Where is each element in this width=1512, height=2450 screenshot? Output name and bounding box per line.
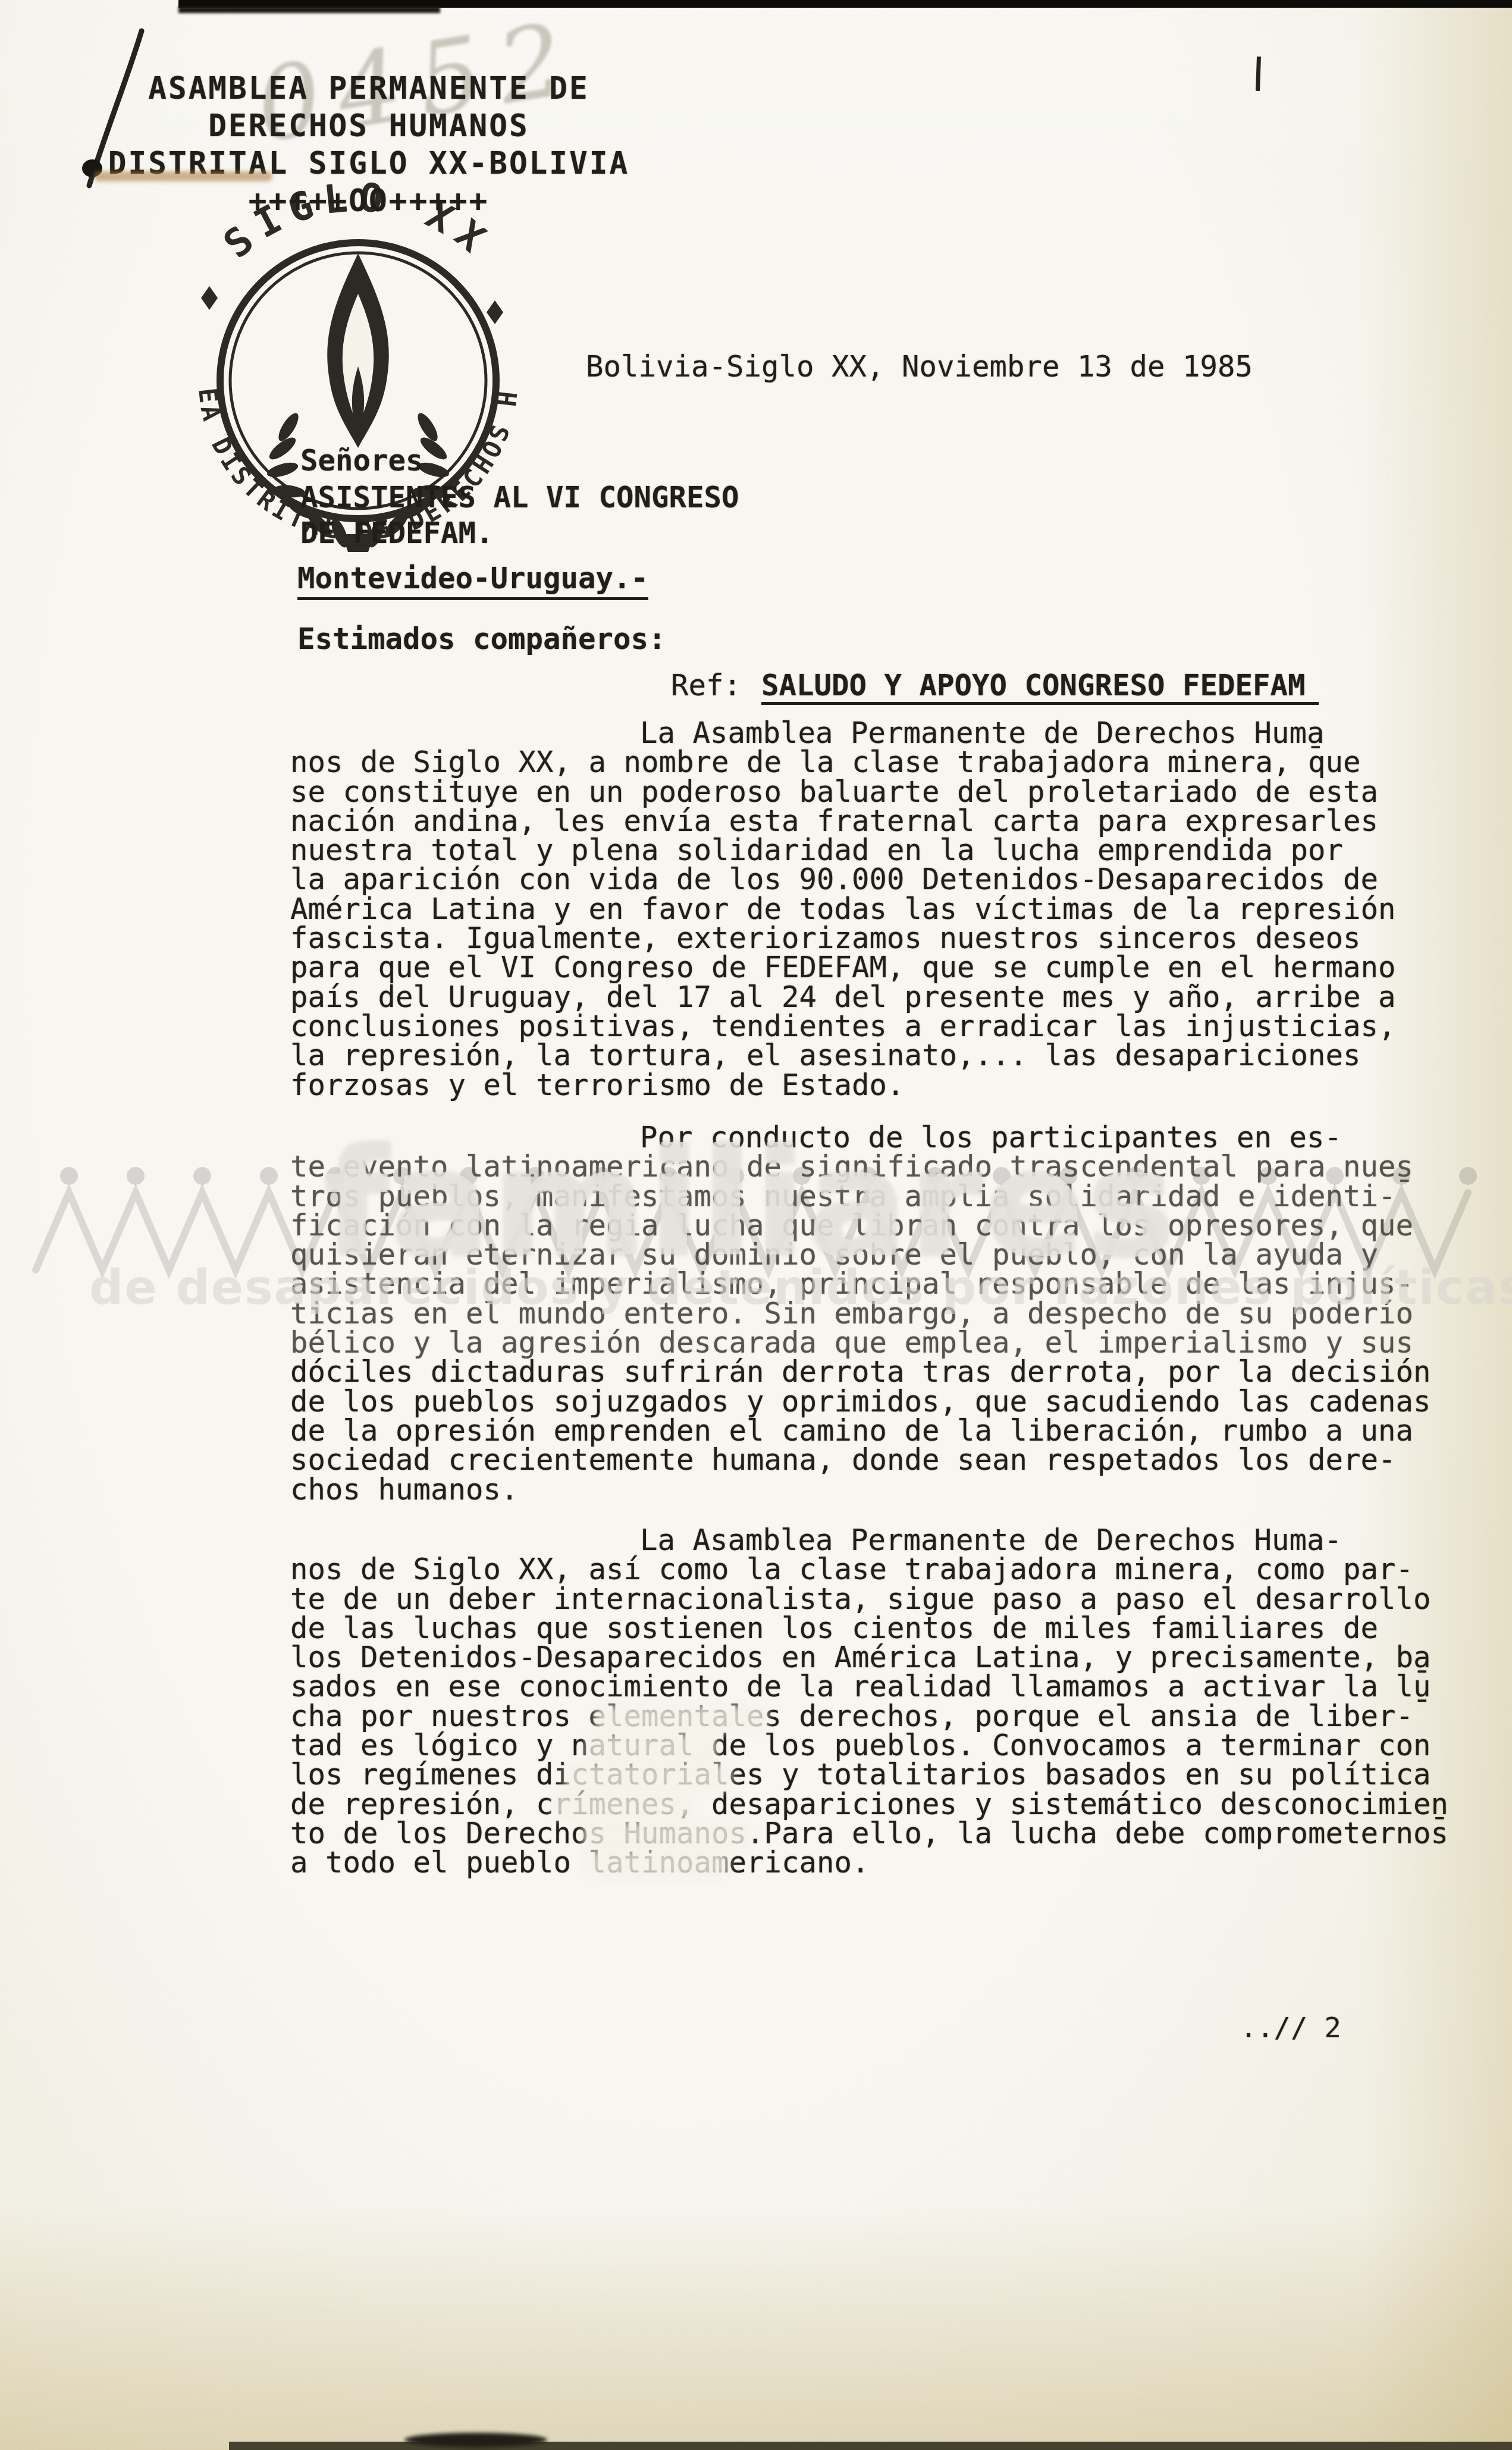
text-line: tros pueblos, manifestamos nuestra ampli… (290, 1182, 1474, 1211)
scan-mark-top-right (1256, 57, 1261, 91)
text-line: nuestra total y plena solidaridad en la … (290, 836, 1474, 865)
text-line: quisieran eternizar su dominio sobre el … (290, 1240, 1474, 1269)
diamond-ornament-right (487, 300, 503, 324)
paragraph-2: Por conducto de los participantes en es-… (290, 1123, 1474, 1504)
scan-edge-artifact-top-2 (178, 7, 440, 13)
text-line: cha por nuestros elementales derechos, p… (290, 1702, 1474, 1731)
addressee-salutation: Señores (300, 446, 424, 475)
ink-fade-smudge (553, 1792, 696, 1820)
text-line: la aparición con vida de los 90.000 Dete… (290, 865, 1474, 894)
reference-label: Ref: (671, 671, 741, 705)
text-line: bélico y la agresión descarada que emple… (290, 1328, 1474, 1357)
ink-fade-smudge (583, 1821, 749, 1849)
text-line: dóciles dictaduras sufrirán derrota tras… (290, 1357, 1474, 1386)
text-line: ficación con la regia lucha que libran c… (290, 1211, 1474, 1240)
text-line: forzosas y el terrorismo de Estado. (290, 1071, 1474, 1100)
dateline: Bolivia-Siglo XX, Noviembre 13 de 1985 (586, 352, 1253, 381)
text-line: te evento latinoamericano de significado… (290, 1152, 1474, 1181)
text-line: chos humanos. (290, 1475, 1474, 1504)
addressee-line1: ASISTENTES AL VI CONGRESO (300, 483, 739, 512)
text-line: país del Uruguay, del 17 al 24 del prese… (290, 983, 1474, 1012)
ink-fade-smudge (565, 1763, 732, 1790)
text-line: los regímenes dictatoriales y totalitari… (290, 1760, 1474, 1789)
text-line: los Detenidos-Desaparecidos en América L… (290, 1643, 1474, 1672)
text-line: La Asamblea Permanente de Derechos Huma- (290, 1526, 1474, 1555)
text-line: sados en ese conocimiento de la realidad… (290, 1672, 1474, 1701)
text-line: de los pueblos sojuzgados y oprimidos, q… (290, 1387, 1474, 1416)
text-line: nos de Siglo XX, a nombre de la clase tr… (290, 748, 1474, 777)
paragraph-1: La Asamblea Permanente de Derechos Huma̱… (290, 719, 1474, 1100)
text-line: la represión, la tortura, el asesinato,.… (290, 1041, 1474, 1070)
text-line: te de un deber internacionalista, sigue … (290, 1585, 1474, 1614)
rust-smudge (94, 171, 272, 181)
ink-fade-smudge (595, 1705, 767, 1732)
scan-smudge-bottom (404, 2433, 547, 2447)
text-line: fascista. Igualmente, exteriorizamos nue… (290, 924, 1474, 953)
text-line: nación andina, les envía esta fraternal … (290, 807, 1474, 836)
addressee-line2: DE FEDEFAM. (300, 519, 494, 548)
ink-fade-smudge (586, 1850, 729, 1878)
text-line: +++++OO+++++ (95, 183, 642, 220)
page-continuation-marker: ..// 2 (1240, 2013, 1341, 2043)
text-line: de represión, crímenes, desapariciones y… (290, 1790, 1474, 1819)
text-line: se constituye en un poderoso baluarte de… (290, 777, 1474, 807)
text-line: América Latina y en favor de todas las v… (290, 895, 1474, 924)
text-line: Por conducto de los participantes en es- (290, 1123, 1474, 1152)
text-line: to de los Derechos Humanos.Para ello, la… (290, 1819, 1474, 1848)
ink-fade-smudge (586, 1734, 717, 1761)
greeting: Estimados compañeros: (297, 625, 666, 654)
text-line: de las luchas que sostienen los cientos … (290, 1614, 1474, 1643)
text-line: DERECHOS HUMANOS (95, 108, 642, 145)
paragraph-3: La Asamblea Permanente de Derechos Huma-… (290, 1526, 1474, 1878)
reference-subject: SALUDO Y APOYO CONGRESO FEDEFAM (761, 671, 1319, 705)
text-line: ticias en el mundo entero. Sin embargo, … (290, 1299, 1474, 1328)
text-line: asistencia del imperialismo, principal r… (290, 1269, 1474, 1298)
addressee-city-text: Montevideo-Uruguay.- (297, 561, 648, 600)
text-line: de la opresión emprenden el camino de la… (290, 1416, 1474, 1445)
text-line: nos de Siglo XX, así como la clase traba… (290, 1555, 1474, 1584)
letterhead: ASAMBLEA PERMANENTE DEDERECHOS HUMANOSDI… (95, 70, 642, 220)
text-line: conclusiones positivas, tendientes a err… (290, 1012, 1474, 1041)
scanned-letter-page: 0452 ASAMBLEA PERMANENTE DEDERECHOS HUMA… (0, 0, 1512, 2450)
addressee-city: Montevideo-Uruguay.- (297, 564, 648, 593)
text-line: para que el VI Congreso de FEDEFAM, que … (290, 953, 1474, 982)
reference-line: Ref: SALUDO Y APOYO CONGRESO FEDEFAM (671, 671, 1319, 705)
diamond-ornament-left (201, 286, 218, 310)
text-line: sociedad crecientemente humana, donde se… (290, 1445, 1474, 1475)
text-line: La Asamblea Permanente de Derechos Huma̱ (290, 719, 1474, 748)
text-line: tad es lógico y natural de los pueblos. … (290, 1731, 1474, 1760)
text-line: a todo el pueblo latinoamericano. (290, 1848, 1474, 1877)
text-line: ASAMBLEA PERMANENTE DE (95, 70, 642, 108)
